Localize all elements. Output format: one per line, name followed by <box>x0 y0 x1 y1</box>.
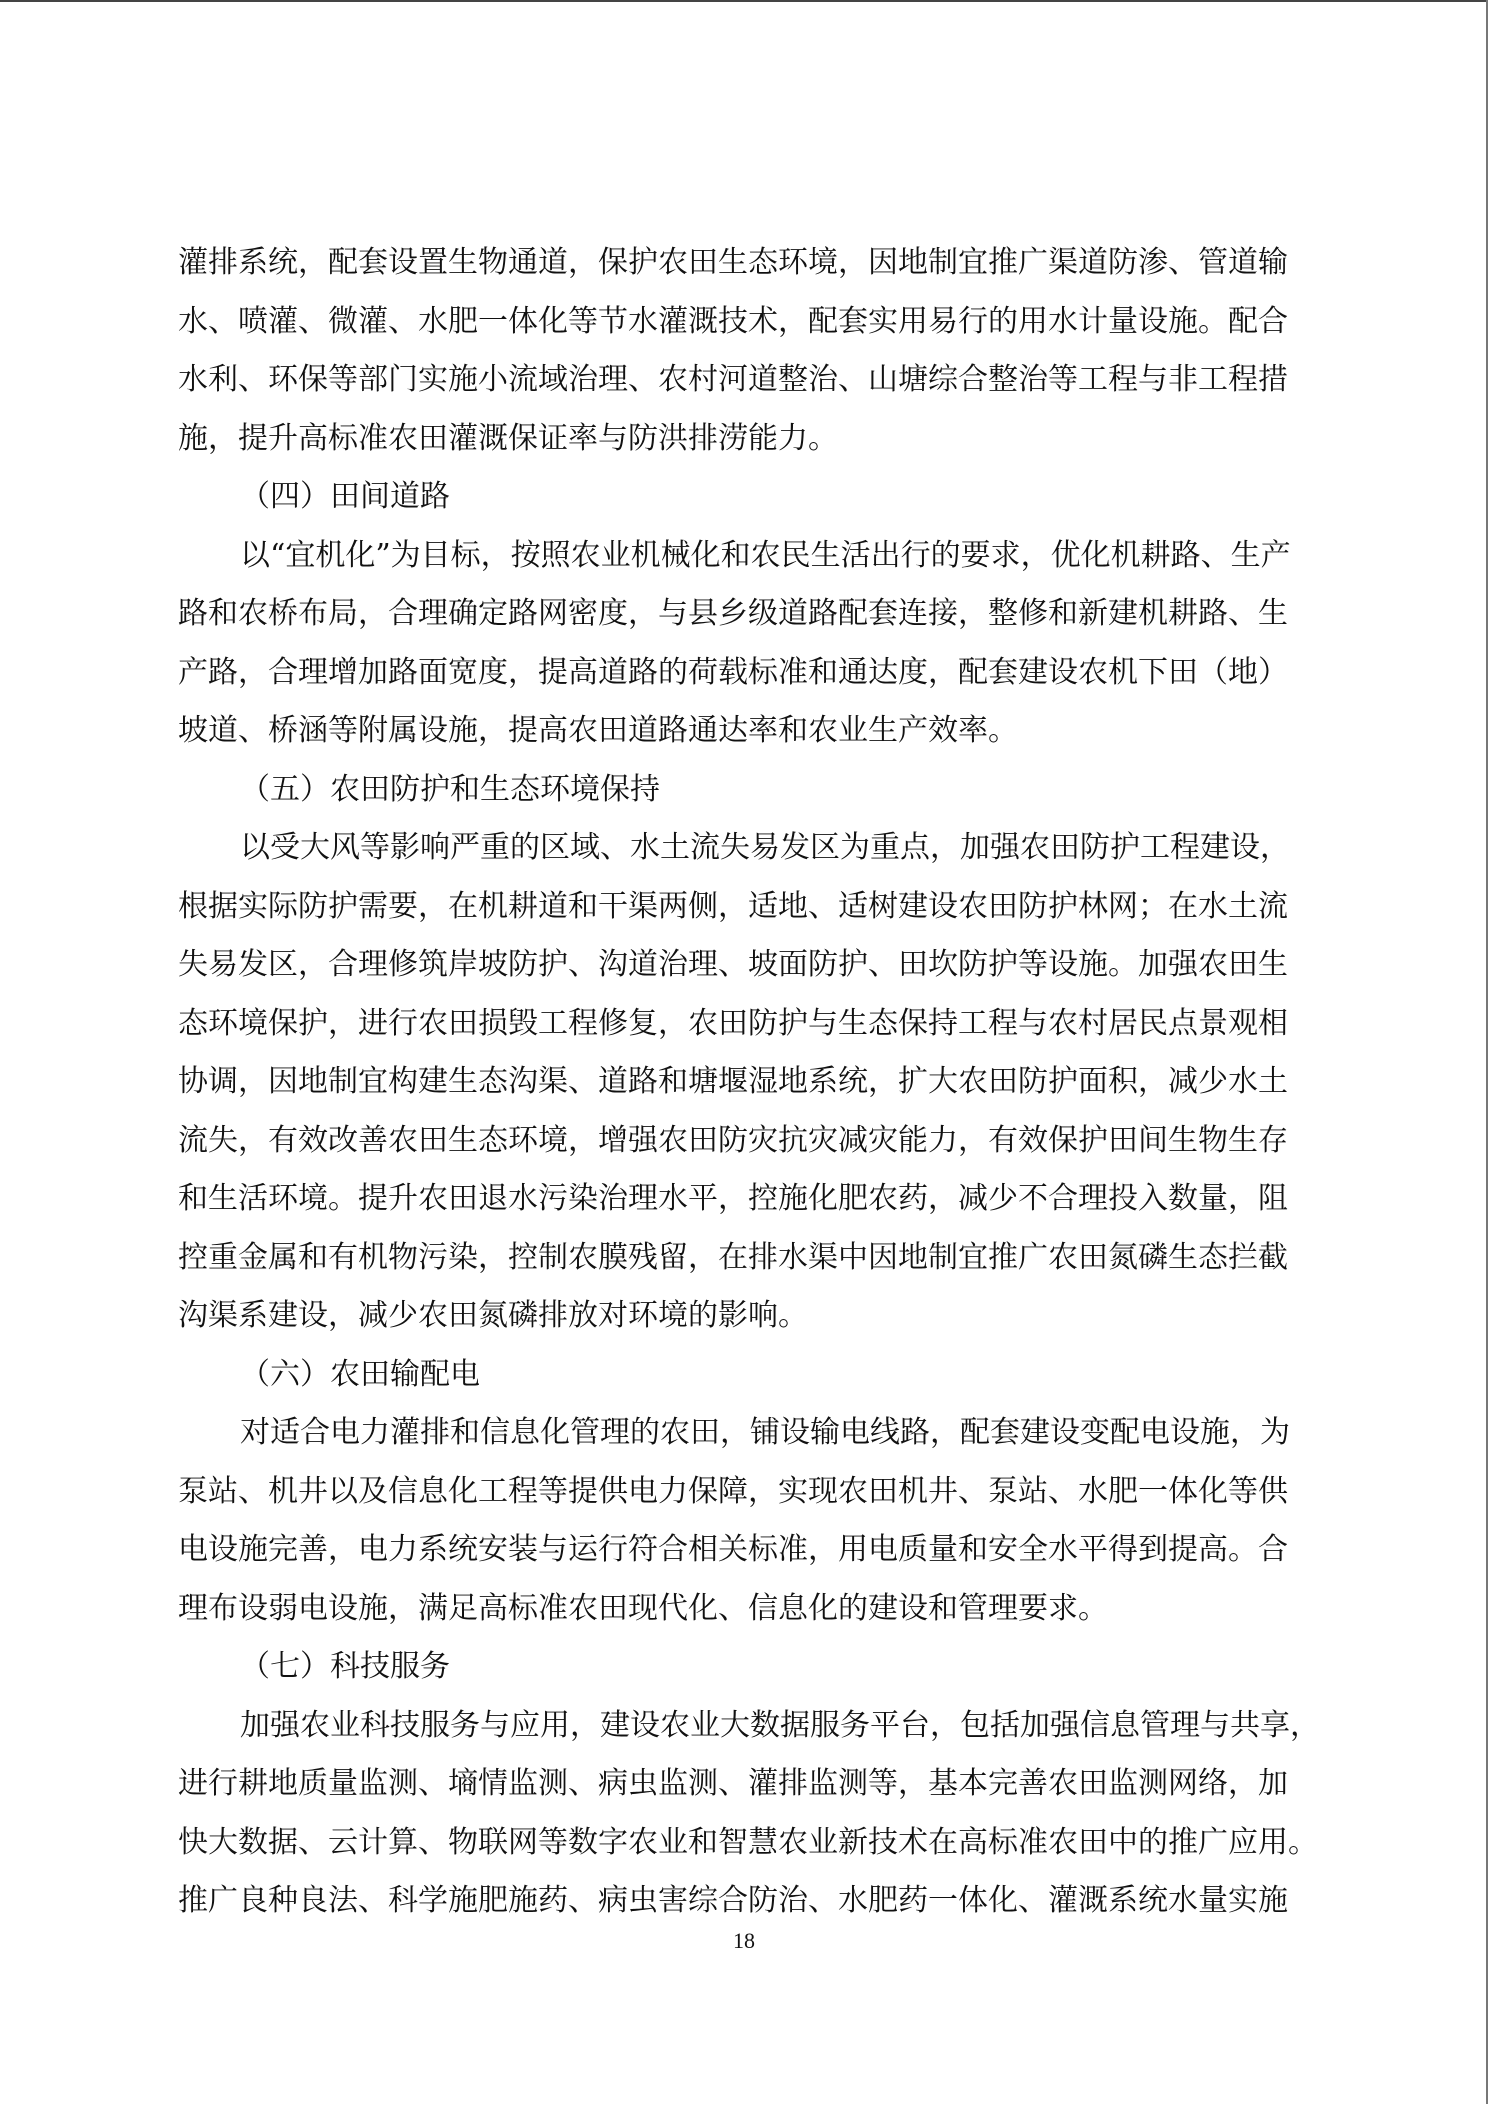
text-line: 推广良种良法、科学施肥施药、病虫害综合防治、水肥药一体化、灌溉系统水量实施 <box>178 1872 1290 1931</box>
section-field-protection: （五）农田防护和生态环境保持 以受大风等影响严重的区域、水土流失易发区为重点，加… <box>178 761 1290 1346</box>
text-line: 控重金属和有机物污染，控制农膜残留，在排水渠中因地制宜推广农田氮磷生态拦截 <box>178 1229 1290 1288</box>
section-power-distribution: （六）农田输配电 对适合电力灌排和信息化管理的农田，铺设输电线路，配套建设变配电… <box>178 1346 1290 1639</box>
section-heading: （六）农田输配电 <box>178 1346 1290 1405</box>
page-top-border <box>0 0 1488 2</box>
text-line: 路和农桥布局，合理确定路网密度，与县乡级道路配套连接，整修和新建机耕路、生 <box>178 585 1290 644</box>
section-heading: （七）科技服务 <box>178 1638 1290 1697</box>
text-line: 流失，有效改善农田生态环境，增强农田防灾抗灾减灾能力，有效保护田间生物生存 <box>178 1112 1290 1171</box>
text-line: 态环境保护，进行农田损毁工程修复，农田防护与生态保持工程与农村居民点景观相 <box>178 995 1290 1054</box>
section-heading: （五）农田防护和生态环境保持 <box>178 761 1290 820</box>
section-heading: （四）田间道路 <box>178 468 1290 527</box>
text-line: 施，提升高标准农田灌溉保证率与防洪排涝能力。 <box>178 410 1290 469</box>
text-line: 对适合电力灌排和信息化管理的农田，铺设输电线路，配套建设变配电设施，为 <box>178 1404 1290 1463</box>
text-line: 坡道、桥涵等附属设施，提高农田道路通达率和农业生产效率。 <box>178 702 1290 761</box>
section-paragraph: 以受大风等影响严重的区域、水土流失易发区为重点，加强农田防护工程建设， 根据实际… <box>178 819 1290 1346</box>
section-tech-services: （七）科技服务 加强农业科技服务与应用，建设农业大数据服务平台，包括加强信息管理… <box>178 1638 1290 1931</box>
text-line: 以“宜机化”为目标，按照农业机械化和农民生活出行的要求，优化机耕路、生产 <box>178 527 1290 586</box>
text-line: 以受大风等影响严重的区域、水土流失易发区为重点，加强农田防护工程建设， <box>178 819 1290 878</box>
section-field-roads: （四）田间道路 以“宜机化”为目标，按照农业机械化和农民生活出行的要求，优化机耕… <box>178 468 1290 761</box>
text-line: 协调，因地制宜构建生态沟渠、道路和塘堰湿地系统，扩大农田防护面积，减少水土 <box>178 1053 1290 1112</box>
text-line: 和生活环境。提升农田退水污染治理水平，控施化肥农药，减少不合理投入数量，阻 <box>178 1170 1290 1229</box>
text-line: 快大数据、云计算、物联网等数字农业和智慧农业新技术在高标准农田中的推广应用。 <box>178 1814 1290 1873</box>
section-paragraph: 以“宜机化”为目标，按照农业机械化和农民生活出行的要求，优化机耕路、生产 路和农… <box>178 527 1290 761</box>
page-number: 18 <box>0 1928 1488 1954</box>
document-body: 灌排系统，配套设置生物通道，保护农田生态环境，因地制宜推广渠道防渗、管道输 水、… <box>178 234 1290 1931</box>
continuation-paragraph: 灌排系统，配套设置生物通道，保护农田生态环境，因地制宜推广渠道防渗、管道输 水、… <box>178 234 1290 468</box>
text-line: 产路，合理增加路面宽度，提高道路的荷载标准和通达度，配套建设农机下田（地） <box>178 644 1290 703</box>
text-line: 电设施完善，电力系统安装与运行符合相关标准，用电质量和安全水平得到提高。合 <box>178 1521 1290 1580</box>
text-line: 进行耕地质量监测、墒情监测、病虫监测、灌排监测等，基本完善农田监测网络，加 <box>178 1755 1290 1814</box>
text-line: 加强农业科技服务与应用，建设农业大数据服务平台，包括加强信息管理与共享， <box>178 1697 1290 1756</box>
text-line: 根据实际防护需要，在机耕道和干渠两侧，适地、适树建设农田防护林网；在水土流 <box>178 878 1290 937</box>
section-paragraph: 对适合电力灌排和信息化管理的农田，铺设输电线路，配套建设变配电设施，为 泵站、机… <box>178 1404 1290 1638</box>
text-line: 沟渠系建设，减少农田氮磷排放对环境的影响。 <box>178 1287 1290 1346</box>
text-line: 水、喷灌、微灌、水肥一体化等节水灌溉技术，配套实用易行的用水计量设施。配合 <box>178 293 1290 352</box>
section-paragraph: 加强农业科技服务与应用，建设农业大数据服务平台，包括加强信息管理与共享， 进行耕… <box>178 1697 1290 1931</box>
text-line: 水利、环保等部门实施小流域治理、农村河道整治、山塘综合整治等工程与非工程措 <box>178 351 1290 410</box>
text-line: 泵站、机井以及信息化工程等提供电力保障，实现农田机井、泵站、水肥一体化等供 <box>178 1463 1290 1522</box>
text-line: 理布设弱电设施，满足高标准农田现代化、信息化的建设和管理要求。 <box>178 1580 1290 1639</box>
text-line: 灌排系统，配套设置生物通道，保护农田生态环境，因地制宜推广渠道防渗、管道输 <box>178 234 1290 293</box>
text-line: 失易发区，合理修筑岸坡防护、沟道治理、坡面防护、田坎防护等设施。加强农田生 <box>178 936 1290 995</box>
